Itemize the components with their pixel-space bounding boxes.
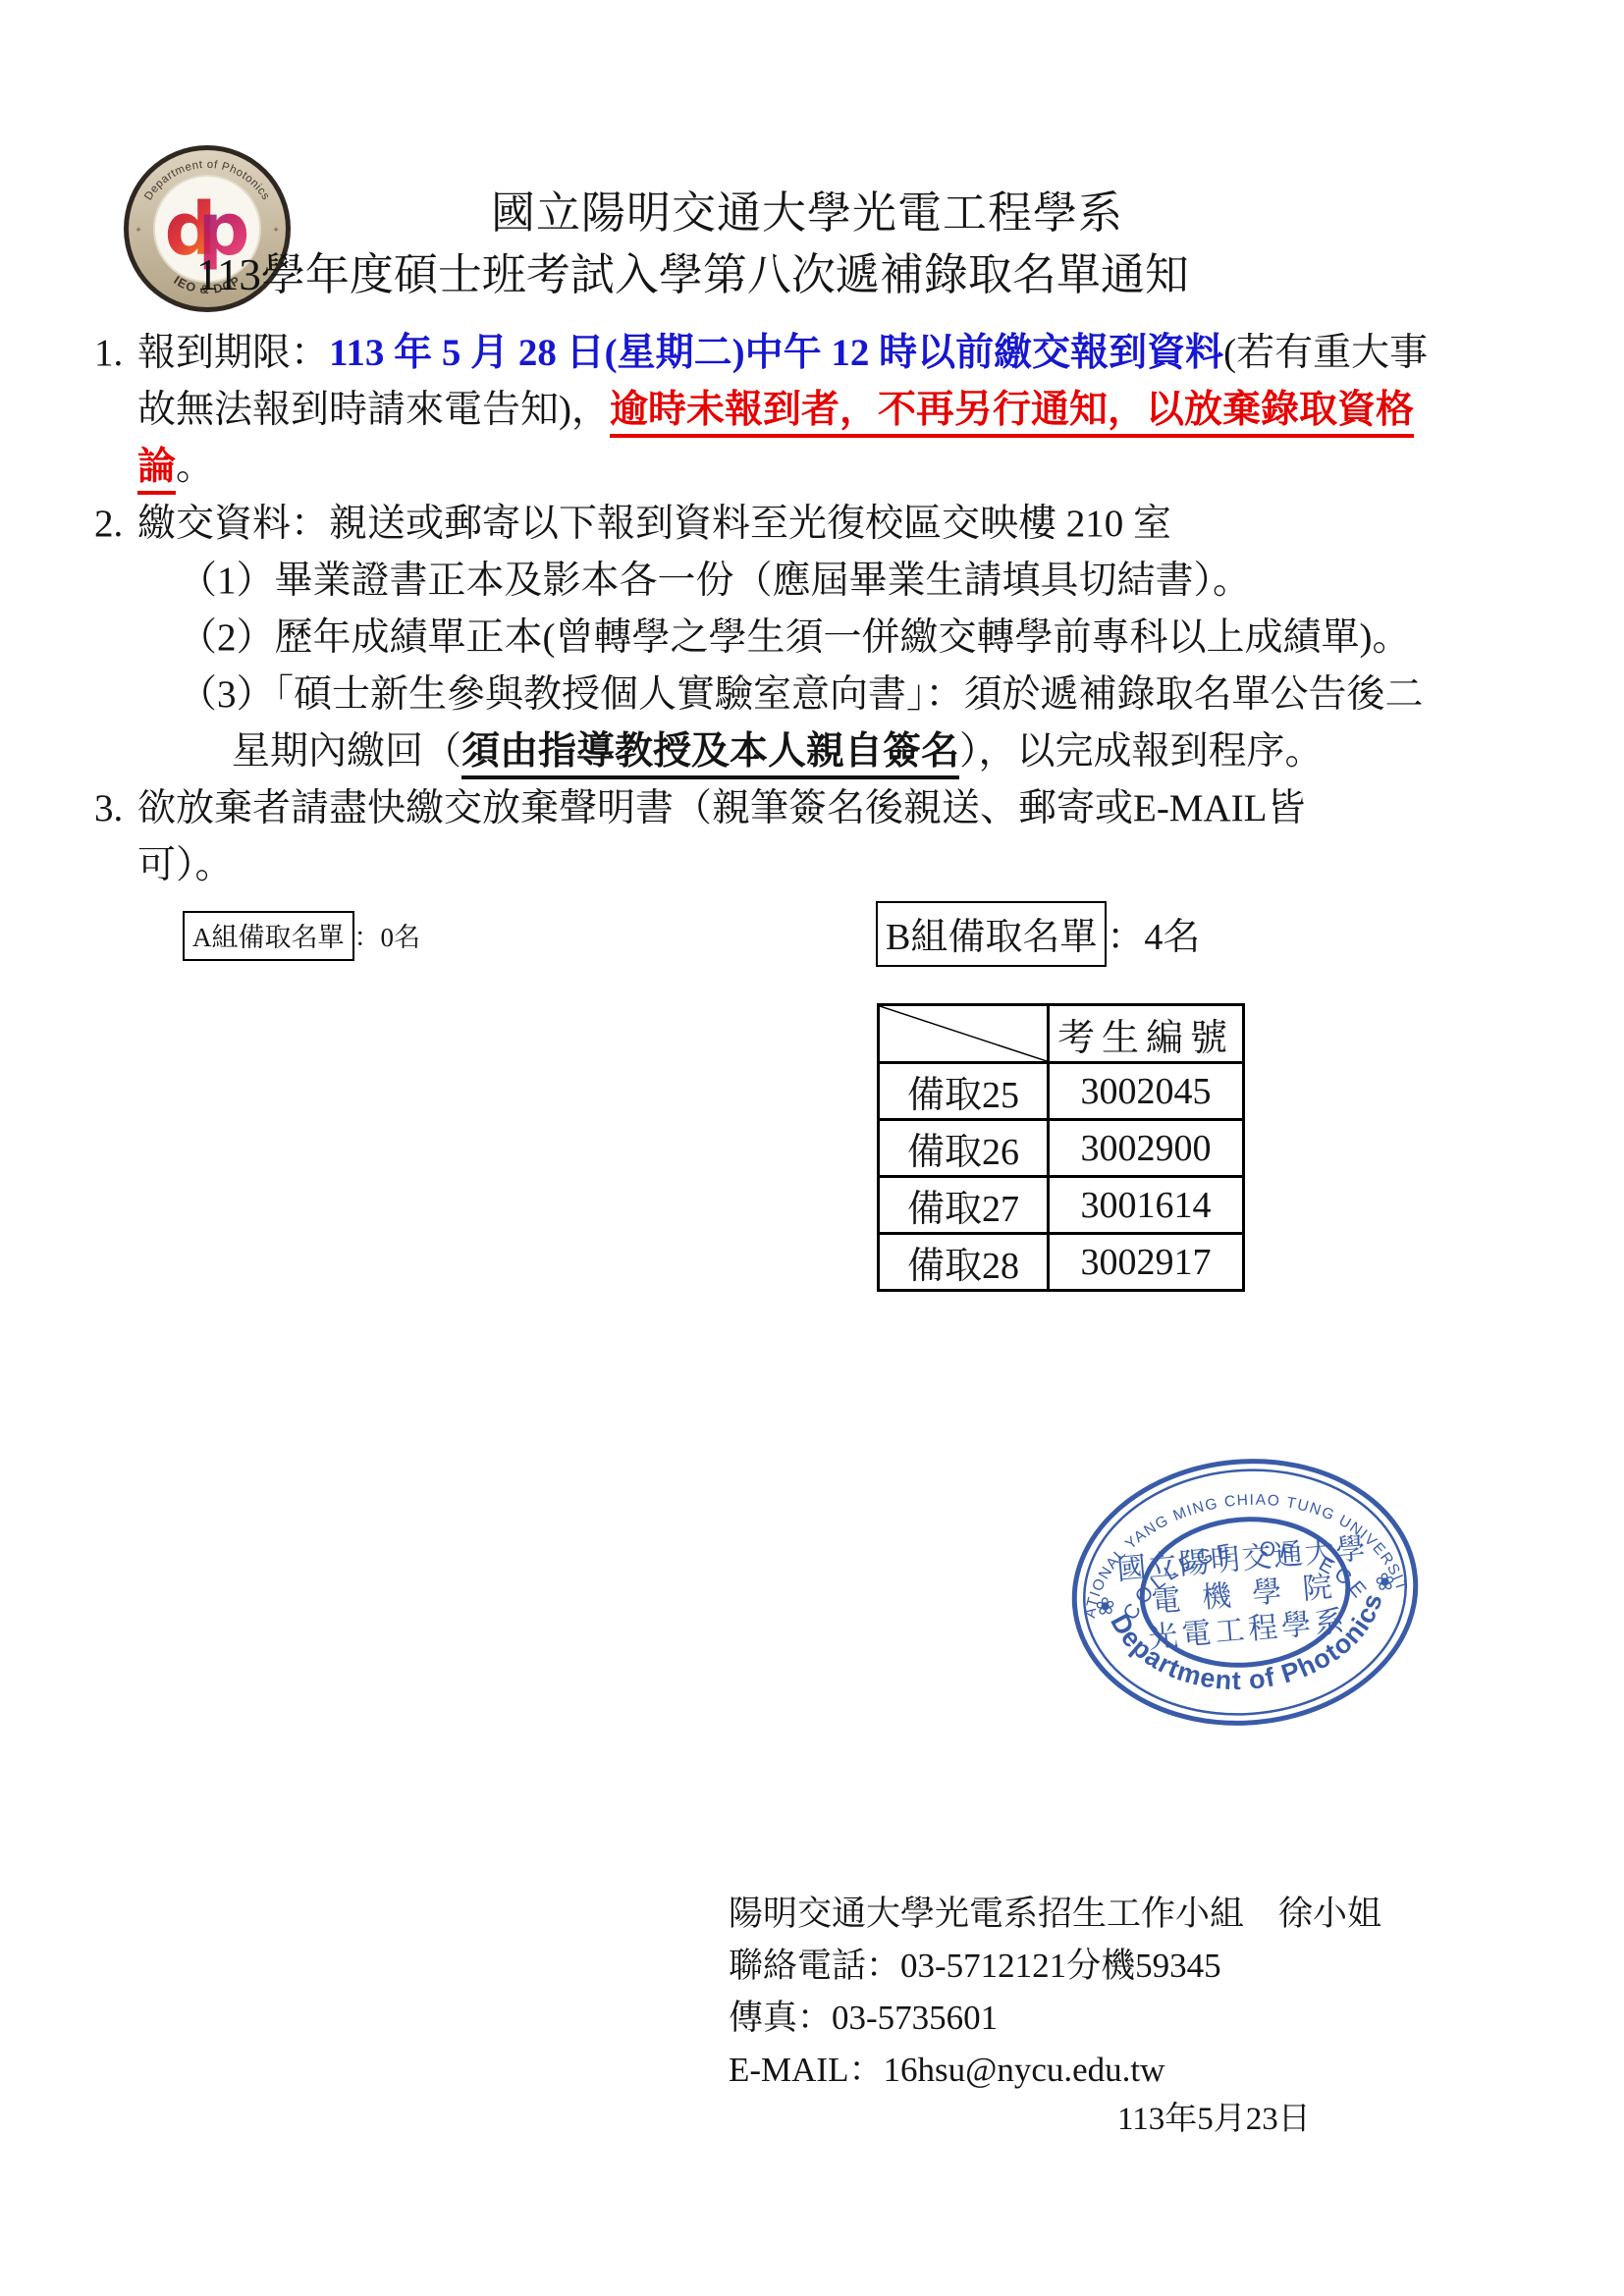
stamp-left-flower-icon: ❀	[1095, 1594, 1116, 1622]
item2-sub1: （1）畢業證書正本及影本各一份（應屆畢業生請填具切結書）。	[179, 558, 1251, 606]
footer-date: 113年5月23日	[1117, 2093, 1311, 2139]
sub3-post: ），以完成報到程序。	[959, 730, 1324, 773]
footer-fax: 傳真：03-5735601	[729, 1991, 998, 2040]
sub3-pre: 星期內繳回（	[232, 730, 461, 773]
rank-cell: 備取26	[879, 1120, 1049, 1177]
group-a-label: A組備取名單	[183, 911, 354, 961]
list-number-1: 1.	[94, 330, 123, 378]
column-header-exam-id: 考生編號	[1049, 1005, 1244, 1063]
stamp-right-flower-icon: ❀	[1375, 1570, 1396, 1597]
item2-sub3-line1: （3）「碩士新生參與教授個人實驗室意向書」：須於遞補錄取名單公告後二	[179, 671, 1424, 720]
group-b-label: B組備取名單	[876, 901, 1107, 967]
exam-id-cell: 3002917	[1049, 1234, 1244, 1291]
exam-id-cell: 3002045	[1049, 1063, 1244, 1120]
sub3-signature-requirement: 須由指導教授及本人親自簽名	[461, 730, 959, 779]
item2-sub3-line2: 星期內繳回（須由指導教授及本人親自簽名），以完成報到程序。	[232, 728, 1324, 776]
table-row: 備取25 3002045	[879, 1063, 1244, 1120]
item3-line2: 可）。	[137, 842, 234, 890]
item2-line1: 繳交資料：親送或郵寄以下報到資料至光復校區交映樓 210 室	[137, 501, 1171, 549]
logo-right-star-icon: ✦	[272, 225, 280, 235]
department-stamp-icon: NATIONAL YANG MING CHIAO TUNG UNIVERSITY…	[1056, 1440, 1433, 1744]
item1-warning-last-char: 論	[137, 446, 176, 495]
table-row: 備取28 3002917	[879, 1234, 1244, 1291]
footer-email: E-MAIL：16hsu@nycu.edu.tw	[729, 2043, 1164, 2092]
group-b-count: ：4名	[1107, 917, 1200, 958]
table-row: 備取26 3002900	[879, 1120, 1244, 1177]
page-subtitle: 113學年度碩士班考試入學第八次遞補錄取名單通知	[196, 239, 1189, 302]
list-number-3: 3.	[94, 785, 123, 833]
item1-line3: 論。	[137, 444, 214, 492]
item3-line1: 欲放棄者請盡快繳交放棄聲明書（親筆簽名後親送、郵寄或E-MAIL皆	[137, 785, 1305, 833]
item1-deadline-highlight: 113 年 5 月 28 日(星期二)中午 12 時以前繳交報到資料	[329, 332, 1223, 374]
rank-cell: 備取27	[879, 1177, 1049, 1234]
item2-sub2: （2）歷年成績單正本(曾轉學之學生須一併繳交轉學前專科以上成績單)。	[179, 614, 1410, 663]
item1-prefix: 報到期限：	[137, 332, 329, 374]
document-page: Department of Photonics IEO & DCP ✦ ✦ d …	[0, 0, 1624, 2296]
diagonal-line-icon	[880, 1006, 1047, 1061]
item1-line1: 報到期限：113 年 5 月 28 日(星期二)中午 12 時以前繳交報到資料(…	[137, 330, 1428, 378]
item1-line2: 故無法報到時請來電告知)，逾時未報到者，不再另行通知，以放棄錄取資格	[137, 387, 1414, 435]
group-a-line: A組備取名單：0名	[183, 911, 420, 961]
footer-phone: 聯絡電話：03-5712121分機59345	[729, 1939, 1221, 1988]
list-number-2: 2.	[94, 501, 123, 549]
table-row: 備取27 3001614	[879, 1177, 1244, 1234]
page-title: 國立陽明交通大學光電工程學系	[491, 177, 1123, 240]
rank-cell: 備取28	[879, 1234, 1049, 1291]
rank-cell: 備取25	[879, 1063, 1049, 1120]
department-stamp: NATIONAL YANG MING CHIAO TUNG UNIVERSITY…	[1056, 1440, 1433, 1744]
group-a-count: ：0名	[354, 923, 421, 952]
exam-id-cell: 3002900	[1049, 1120, 1244, 1177]
footer-contact-team: 陽明交通大學光電系招生工作小組 徐小姐	[729, 1887, 1381, 1936]
corner-cell	[879, 1005, 1049, 1063]
item1-note-start: (若有重大事	[1223, 332, 1428, 374]
logo-left-star-icon: ✦	[135, 225, 142, 235]
item1-note-end: 故無法報到時請來電告知)，	[137, 389, 610, 431]
item1-warning-text: 逾時未報到者，不再另行通知，以放棄錄取資格	[610, 389, 1414, 438]
waitlist-table-container: 考生編號 備取25 3002045 備取26 3002900 備取27 3001…	[877, 1003, 1245, 1292]
item1-period: 。	[176, 446, 214, 488]
table-header-row: 考生編號	[879, 1005, 1244, 1063]
group-b-line: B組備取名單：4名	[876, 901, 1200, 967]
waitlist-table: 考生編號 備取25 3002045 備取26 3002900 備取27 3001…	[877, 1003, 1245, 1292]
exam-id-cell: 3001614	[1049, 1177, 1244, 1234]
